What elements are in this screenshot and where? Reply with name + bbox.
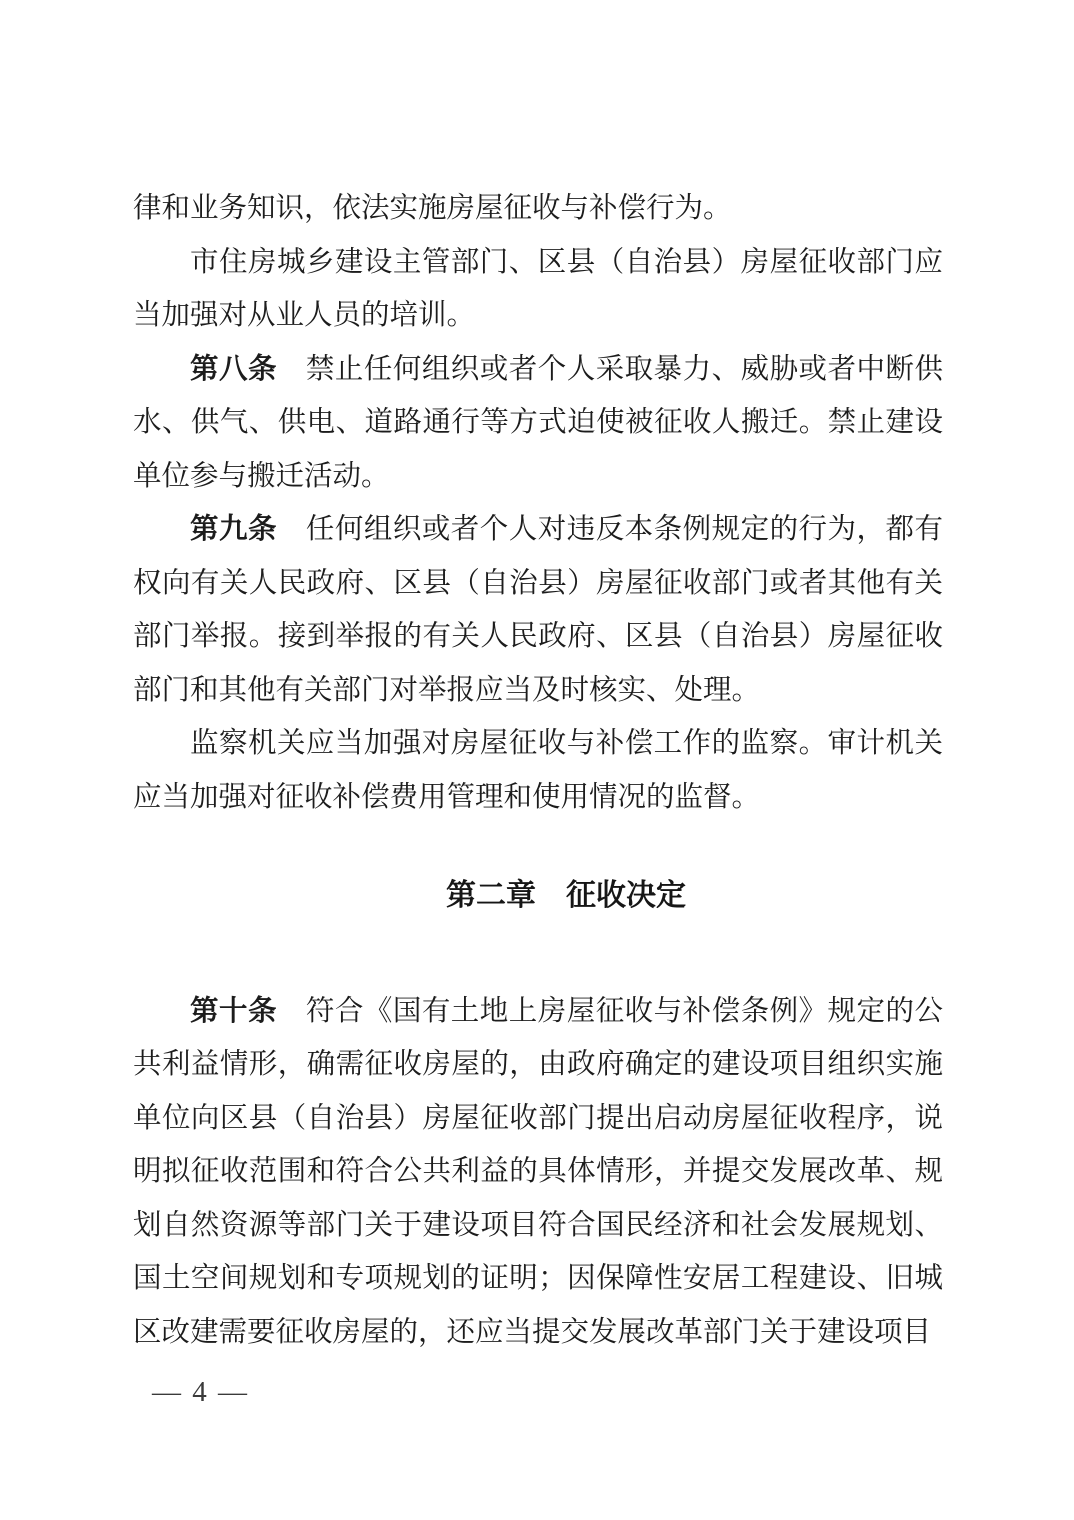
article-number: 第九条	[190, 513, 277, 545]
paragraph: 监察机关应当加强对房屋征收与补偿工作的监察。审计机关应当加强对征收补偿费用管理和…	[133, 717, 943, 824]
document-page: 律和业务知识，依法实施房屋征收与补偿行为。 市住房城乡建设主管部门、区县（自治县…	[0, 0, 1074, 1520]
paragraph: 第九条 任何组织或者个人对违反本条例规定的行为，都有权向有关人民政府、区县（自治…	[133, 503, 943, 717]
paragraph-text: 符合《国有土地上房屋征收与补偿条例》规定的公共利益情形，确需征收房屋的，由政府确…	[133, 996, 943, 1348]
article-number: 第八条	[190, 353, 277, 385]
paragraph-text: 监察机关应当加强对房屋征收与补偿工作的监察。审计机关应当加强对征收补偿费用管理和…	[133, 728, 943, 813]
paragraph: 律和业务知识，依法实施房屋征收与补偿行为。	[133, 182, 943, 236]
paragraph: 第八条 禁止任何组织或者个人采取暴力、威胁或者中断供水、供气、供电、道路通行等方…	[133, 343, 943, 504]
paragraph-text: 律和业务知识，依法实施房屋征收与补偿行为。	[133, 193, 732, 224]
paragraph: 市住房城乡建设主管部门、区县（自治县）房屋征收部门应当加强对从业人员的培训。	[133, 236, 943, 343]
article-number: 第十条	[190, 995, 277, 1027]
page-footer: — 4 —	[152, 1372, 249, 1412]
paragraph-text: 市住房城乡建设主管部门、区县（自治县）房屋征收部门应当加强对从业人员的培训。	[133, 247, 943, 332]
chapter-heading: 第二章 征收决定	[133, 869, 943, 923]
page-number: — 4 —	[152, 1376, 249, 1408]
paragraph: 第十条 符合《国有土地上房屋征收与补偿条例》规定的公共利益情形，确需征收房屋的，…	[133, 985, 943, 1360]
document-body: 律和业务知识，依法实施房屋征收与补偿行为。 市住房城乡建设主管部门、区县（自治县…	[133, 182, 943, 1359]
